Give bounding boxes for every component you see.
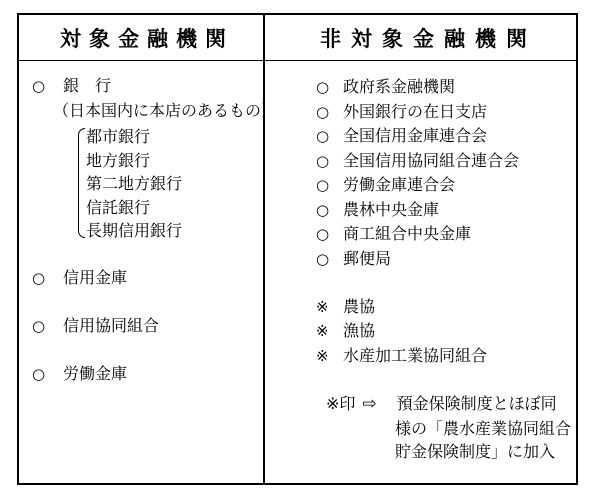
- list-item: 信託銀行: [86, 196, 263, 220]
- list-item-label: 労働金庫: [63, 364, 127, 383]
- list-item-labor-bank: ○労働金庫: [32, 362, 263, 387]
- list-item: ○商工組合中央金庫: [316, 222, 576, 247]
- circle-bullet-icon: ○: [32, 315, 63, 339]
- note-text: 様の「農水産業協同組合: [395, 419, 571, 438]
- list-item-label: 労働金庫連合会: [343, 175, 455, 194]
- list-item-label: 信用金庫: [63, 268, 127, 287]
- list-item-label: 銀 行: [63, 76, 111, 95]
- list-item-label: 外国銀行の在日支店: [343, 102, 487, 121]
- asterisk-note-block: ※印⇨預金保険制度とほぼ同 様の「農水産業協同組合 貯金保険制度」に加入: [316, 392, 576, 464]
- list-item: 地方銀行: [86, 149, 263, 173]
- asterisk-items-block: ※農協 ※漁協 ※水産加工業協同組合: [316, 295, 576, 369]
- right-arrow-icon: ⇨: [362, 394, 376, 414]
- reference-mark-icon: ※: [316, 345, 343, 369]
- list-item-label: 商工組合中央金庫: [343, 224, 471, 243]
- circle-bullet-icon: ○: [316, 223, 343, 247]
- circle-bullet-icon: ○: [316, 248, 343, 272]
- list-item: ○農林中央金庫: [316, 198, 576, 223]
- left-brace-decoration: [78, 128, 85, 238]
- list-item-label: 全国信用協同組合連合会: [343, 151, 519, 170]
- note-line: 様の「農水産業協同組合: [316, 417, 576, 441]
- non-covered-column-header: 非対象金融機関: [265, 15, 576, 61]
- list-item: ○郵便局: [316, 247, 576, 272]
- list-item: ※漁協: [316, 319, 576, 344]
- list-item-label: 漁協: [343, 321, 375, 340]
- note-line: ※印⇨預金保険制度とほぼ同: [316, 392, 576, 417]
- circle-bullet-icon: ○: [32, 267, 63, 291]
- financial-institutions-table: 対象金融機関 ○銀 行 （日本国内に本店のあるもの） 都市銀行 地方銀行 第二地…: [17, 13, 578, 485]
- note-text: 預金保険制度とほぼ同: [397, 394, 557, 413]
- list-item: ※農協: [316, 295, 576, 320]
- list-item: 都市銀行: [86, 125, 263, 149]
- list-item-credit-coop: ○信用協同組合: [32, 314, 263, 339]
- non-covered-column-body: ○政府系金融機関 ○外国銀行の在日支店 ○全国信用金庫連合会 ○全国信用協同組合…: [265, 61, 576, 483]
- list-item-shinkin: ○信用金庫: [32, 266, 263, 291]
- list-item-label: 農林中央金庫: [343, 200, 439, 219]
- circle-bullet-icon: ○: [316, 76, 343, 100]
- list-item: ○政府系金融機関: [316, 75, 576, 100]
- non-covered-institutions-column: 非対象金融機関 ○政府系金融機関 ○外国銀行の在日支店 ○全国信用金庫連合会 ○…: [265, 15, 576, 483]
- banks-domestic-note: （日本国内に本店のあるもの）: [32, 99, 263, 123]
- list-item: ○全国信用協同組合連合会: [316, 149, 576, 174]
- bank-types-sublist: 都市銀行 地方銀行 第二地方銀行 信託銀行 長期信用銀行: [32, 125, 263, 243]
- list-item: 第二地方銀行: [86, 172, 263, 196]
- note-text: 貯金保険制度」に加入: [395, 442, 555, 461]
- circle-bullet-icon: ○: [316, 101, 343, 125]
- note-reference-mark: ※印: [326, 394, 355, 413]
- list-item: ○外国銀行の在日支店: [316, 100, 576, 125]
- list-item-label: 全国信用金庫連合会: [343, 126, 487, 145]
- circle-bullet-icon: ○: [32, 363, 63, 387]
- circle-bullet-icon: ○: [316, 174, 343, 198]
- circle-bullet-icon: ○: [316, 199, 343, 223]
- circle-bullet-icon: ○: [316, 125, 343, 149]
- reference-mark-icon: ※: [316, 320, 343, 344]
- list-item-banks: ○銀 行: [32, 74, 263, 99]
- list-item-label: 郵便局: [343, 249, 391, 268]
- list-item-label: 信用協同組合: [63, 316, 159, 335]
- covered-column-body: ○銀 行 （日本国内に本店のあるもの） 都市銀行 地方銀行 第二地方銀行 信託銀…: [19, 61, 263, 483]
- reference-mark-icon: ※: [316, 296, 343, 320]
- list-item: ※水産加工業協同組合: [316, 344, 576, 369]
- circle-bullet-icon: ○: [316, 150, 343, 174]
- list-item: ○全国信用金庫連合会: [316, 124, 576, 149]
- list-item-label: 農協: [343, 297, 375, 316]
- circle-bullet-icon: ○: [32, 75, 63, 99]
- list-item: 長期信用銀行: [86, 219, 263, 243]
- list-item: ○労働金庫連合会: [316, 173, 576, 198]
- note-line: 貯金保険制度」に加入: [316, 440, 576, 464]
- list-item-label: 政府系金融機関: [343, 77, 455, 96]
- list-item-label: 水産加工業協同組合: [343, 346, 487, 365]
- covered-column-header: 対象金融機関: [19, 15, 263, 61]
- covered-institutions-column: 対象金融機関 ○銀 行 （日本国内に本店のあるもの） 都市銀行 地方銀行 第二地…: [19, 15, 265, 483]
